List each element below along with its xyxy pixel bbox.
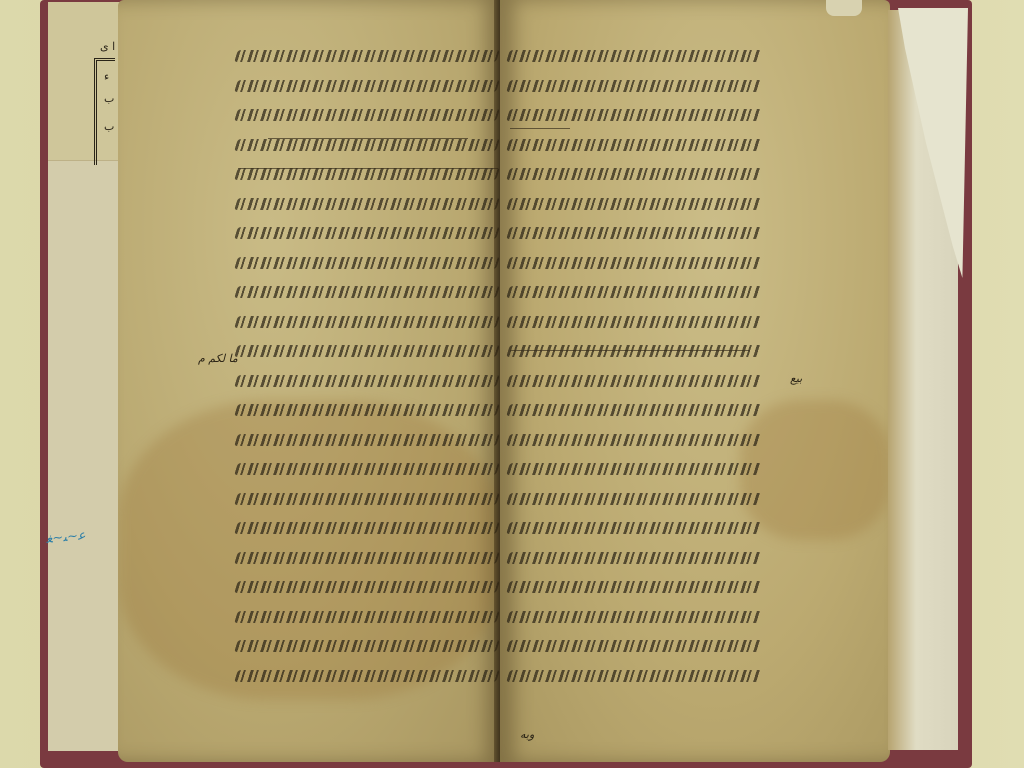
script-line bbox=[236, 660, 498, 690]
left-flyleaf-lower bbox=[48, 160, 120, 751]
script-line bbox=[508, 660, 760, 690]
index-mark: ا ى bbox=[100, 40, 115, 53]
script-line bbox=[236, 70, 498, 100]
script-line bbox=[508, 483, 760, 513]
overline-rule bbox=[268, 138, 468, 139]
script-line bbox=[236, 306, 498, 336]
script-line bbox=[236, 247, 498, 277]
script-line bbox=[236, 40, 498, 70]
script-line bbox=[236, 217, 498, 247]
script-line bbox=[508, 394, 760, 424]
script-line bbox=[236, 129, 498, 159]
script-line bbox=[508, 453, 760, 483]
script-line bbox=[508, 601, 760, 631]
margin-note: ما لكم م bbox=[198, 352, 238, 365]
script-line bbox=[508, 276, 760, 306]
index-mark: ب bbox=[104, 92, 114, 105]
index-mark: ب bbox=[104, 120, 114, 133]
script-line bbox=[236, 365, 498, 395]
script-line bbox=[508, 247, 760, 277]
script-line bbox=[508, 217, 760, 247]
script-line bbox=[508, 306, 760, 336]
script-line bbox=[508, 158, 760, 188]
left-flyleaf bbox=[48, 2, 129, 162]
right-text-block bbox=[508, 40, 760, 689]
overline-rule bbox=[238, 168, 498, 169]
top-tab bbox=[826, 0, 862, 16]
script-line bbox=[236, 276, 498, 306]
script-line bbox=[508, 424, 760, 454]
script-line bbox=[236, 512, 498, 542]
script-line bbox=[508, 40, 760, 70]
script-line bbox=[236, 542, 498, 572]
script-line bbox=[236, 630, 498, 660]
script-line bbox=[236, 571, 498, 601]
index-mark: ء bbox=[104, 70, 109, 83]
script-line bbox=[508, 630, 760, 660]
right-page: بيع وبه bbox=[500, 0, 890, 762]
script-line bbox=[508, 70, 760, 100]
script-line bbox=[508, 571, 760, 601]
script-line bbox=[236, 483, 498, 513]
script-line bbox=[236, 99, 498, 129]
catchword: وبه bbox=[520, 728, 534, 741]
left-page: ما لكم م bbox=[118, 0, 500, 762]
overline-rule bbox=[510, 128, 570, 129]
script-line bbox=[508, 542, 760, 572]
script-line bbox=[508, 512, 760, 542]
script-line bbox=[236, 394, 498, 424]
script-line bbox=[236, 158, 498, 188]
water-stain bbox=[740, 400, 890, 540]
margin-note: بيع bbox=[790, 372, 802, 385]
script-line bbox=[508, 188, 760, 218]
script-line bbox=[236, 188, 498, 218]
script-line bbox=[236, 453, 498, 483]
overline-rule bbox=[510, 350, 750, 351]
script-line bbox=[236, 601, 498, 631]
script-line bbox=[508, 365, 760, 395]
script-line bbox=[236, 335, 498, 365]
script-line bbox=[236, 424, 498, 454]
script-line bbox=[508, 129, 760, 159]
script-line bbox=[508, 99, 760, 129]
